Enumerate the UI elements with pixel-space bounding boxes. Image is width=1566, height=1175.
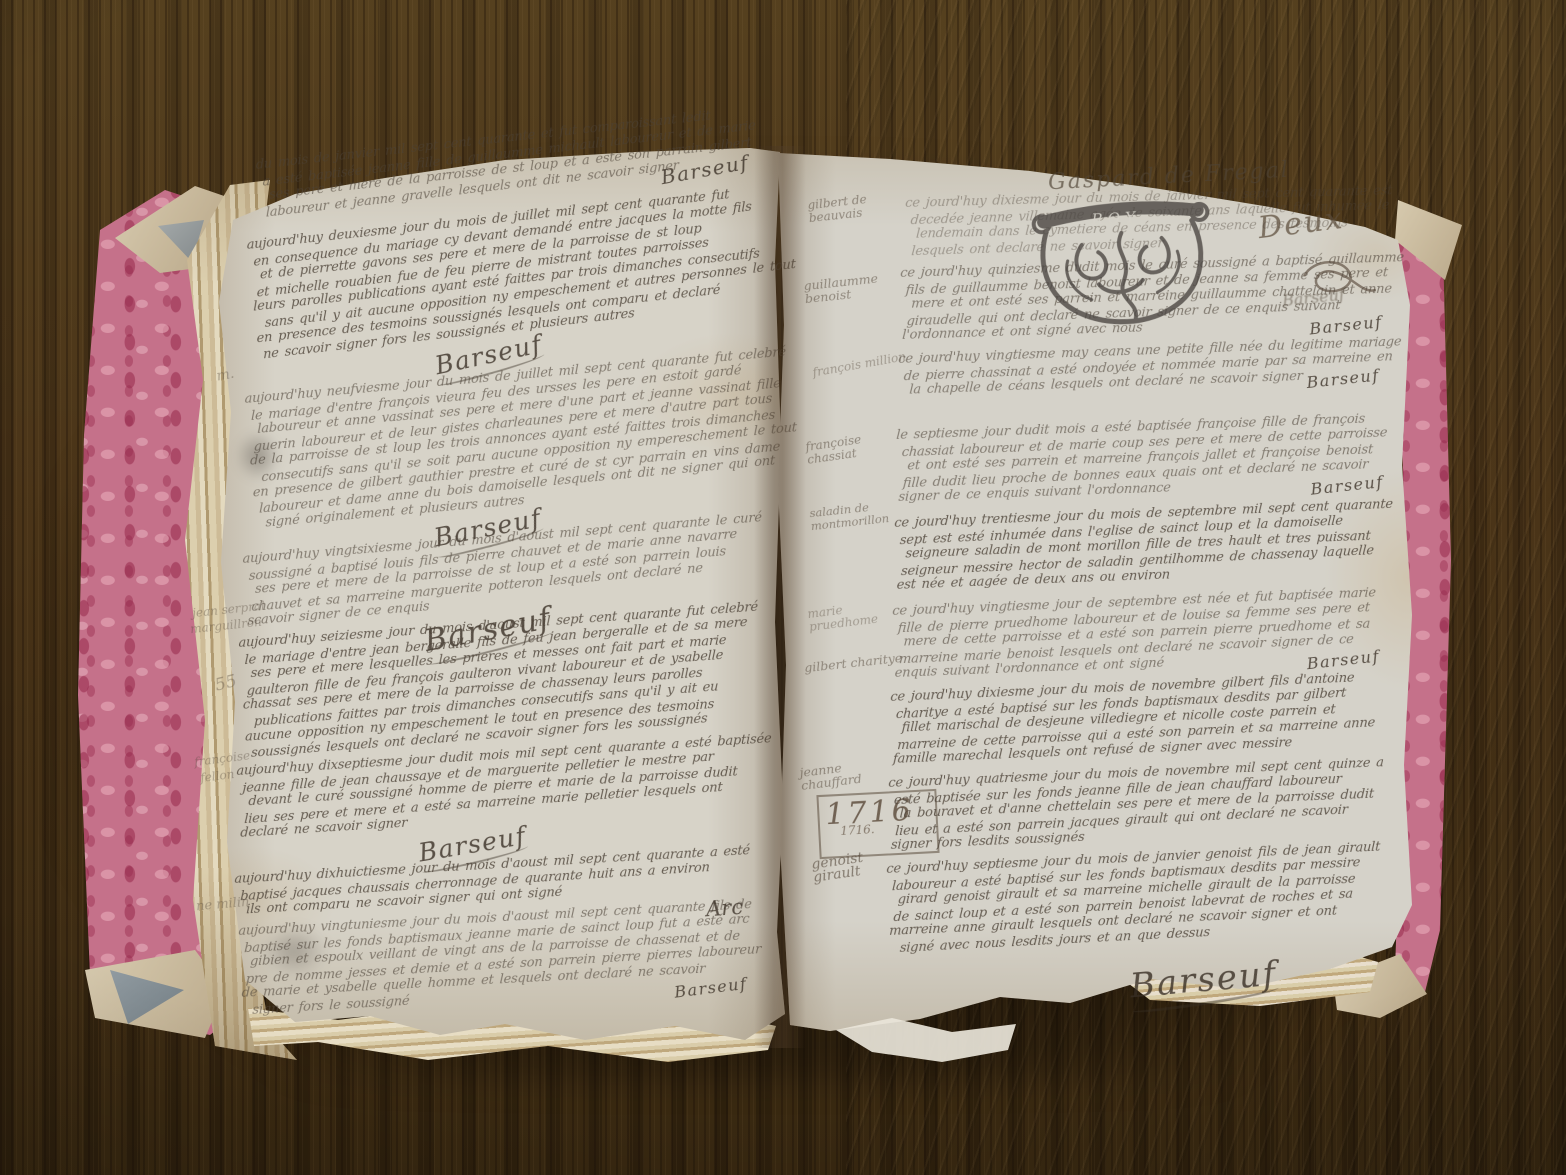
margin-name: françoise chassiat [805, 427, 908, 467]
photo-of-open-register: m.jean serpralmarguillron55françoisefell… [0, 0, 1566, 1175]
margin-name: guillaumme benoist [803, 269, 905, 305]
fleur-de-lis-cartouche-stamp-icon: ROY [1024, 183, 1222, 348]
margin-name: gilbert de beauvais [807, 189, 909, 225]
corner-note-arc: Arc [705, 895, 744, 922]
stamp-band-text: ROY [1090, 208, 1140, 229]
margin-name: gilbert charitye [804, 651, 905, 674]
margin-name: jeanne chauffard [799, 754, 901, 792]
